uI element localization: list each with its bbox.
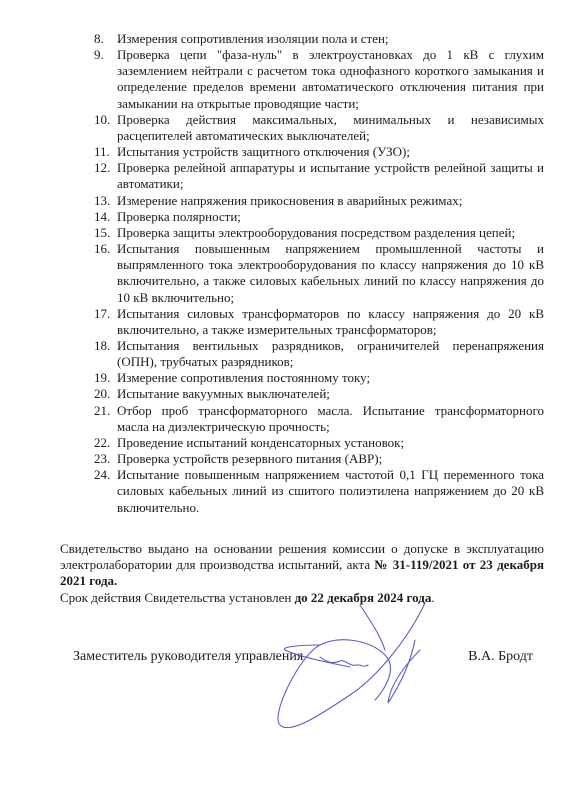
item-number: 12.: [94, 160, 110, 176]
item-text: Проверка цепи "фаза-нуль" в электроустан…: [117, 47, 544, 112]
item-number: 14.: [94, 209, 110, 225]
list-item: 23.Проверка устройств резервного питания…: [94, 451, 544, 467]
item-text: Испытания вентильных разрядников, ограни…: [117, 338, 544, 370]
item-number: 15.: [94, 225, 110, 241]
list-item: 24.Испытание повышенным напряжением част…: [94, 467, 544, 515]
item-text: Испытания устройств защитного отключения…: [117, 144, 544, 160]
item-number: 24.: [94, 467, 110, 483]
item-number: 21.: [94, 403, 110, 419]
item-number: 20.: [94, 386, 110, 402]
list-item: 10.Проверка действия максимальных, миним…: [94, 112, 544, 144]
list-item: 13.Измерение напряжения прикосновения в …: [94, 193, 544, 209]
item-text: Проверка действия максимальных, минималь…: [117, 112, 544, 144]
list-item: 22.Проведение испытаний конденсаторных у…: [94, 435, 544, 451]
test-types-list: 8.Измерения сопротивления изоляции пола …: [94, 31, 544, 516]
list-item: 11.Испытания устройств защитного отключе…: [94, 144, 544, 160]
item-number: 9.: [94, 47, 104, 63]
item-text: Проведение испытаний конденсаторных уста…: [117, 435, 544, 451]
item-number: 22.: [94, 435, 110, 451]
list-item: 21.Отбор проб трансформаторного масла. И…: [94, 403, 544, 435]
item-text: Проверка устройств резервного питания (А…: [117, 451, 544, 467]
item-number: 23.: [94, 451, 110, 467]
item-text: Измерения сопротивления изоляции пола и …: [117, 31, 544, 47]
item-text: Испытания силовых трансформаторов по кла…: [117, 306, 544, 338]
list-item: 18.Испытания вентильных разрядников, огр…: [94, 338, 544, 370]
list-item: 15.Проверка защиты электрооборудования п…: [94, 225, 544, 241]
item-text: Проверка полярности;: [117, 209, 544, 225]
item-text: Испытания повышенным напряжением промышл…: [117, 241, 544, 306]
item-text: Измерение сопротивления постоянному току…: [117, 370, 544, 386]
item-text: Отбор проб трансформаторного масла. Испы…: [117, 403, 544, 435]
item-number: 8.: [94, 31, 104, 47]
item-number: 16.: [94, 241, 110, 257]
item-text: Измерение напряжения прикосновения в ава…: [117, 193, 544, 209]
item-number: 10.: [94, 112, 110, 128]
handwritten-signature: [260, 595, 430, 735]
item-text: Испытание вакуумных выключателей;: [117, 386, 544, 402]
item-text: Испытание повышенным напряжением частото…: [117, 467, 544, 515]
item-text: Проверка защиты электрооборудования поср…: [117, 225, 544, 241]
list-item: 14.Проверка полярности;: [94, 209, 544, 225]
item-number: 11.: [94, 144, 110, 160]
list-item: 9.Проверка цепи "фаза-нуль" в электроуст…: [94, 47, 544, 112]
item-number: 19.: [94, 370, 110, 386]
list-item: 12.Проверка релейной аппаратуры и испыта…: [94, 160, 544, 192]
list-item: 16.Испытания повышенным напряжением пром…: [94, 241, 544, 306]
basis-paragraph: Свидетельство выдано на основании решени…: [60, 541, 544, 589]
item-number: 18.: [94, 338, 110, 354]
document-page: 8.Измерения сопротивления изоляции пола …: [0, 0, 583, 801]
list-item: 17.Испытания силовых трансформаторов по …: [94, 306, 544, 338]
validity-end: .: [431, 590, 434, 605]
item-text: Проверка релейной аппаратуры и испытание…: [117, 160, 544, 192]
list-item: 19.Измерение сопротивления постоянному т…: [94, 370, 544, 386]
item-number: 17.: [94, 306, 110, 322]
list-item: 8.Измерения сопротивления изоляции пола …: [94, 31, 544, 47]
item-number: 13.: [94, 193, 110, 209]
signer-name: В.А. Бродт: [468, 649, 533, 665]
list-item: 20.Испытание вакуумных выключателей;: [94, 386, 544, 402]
